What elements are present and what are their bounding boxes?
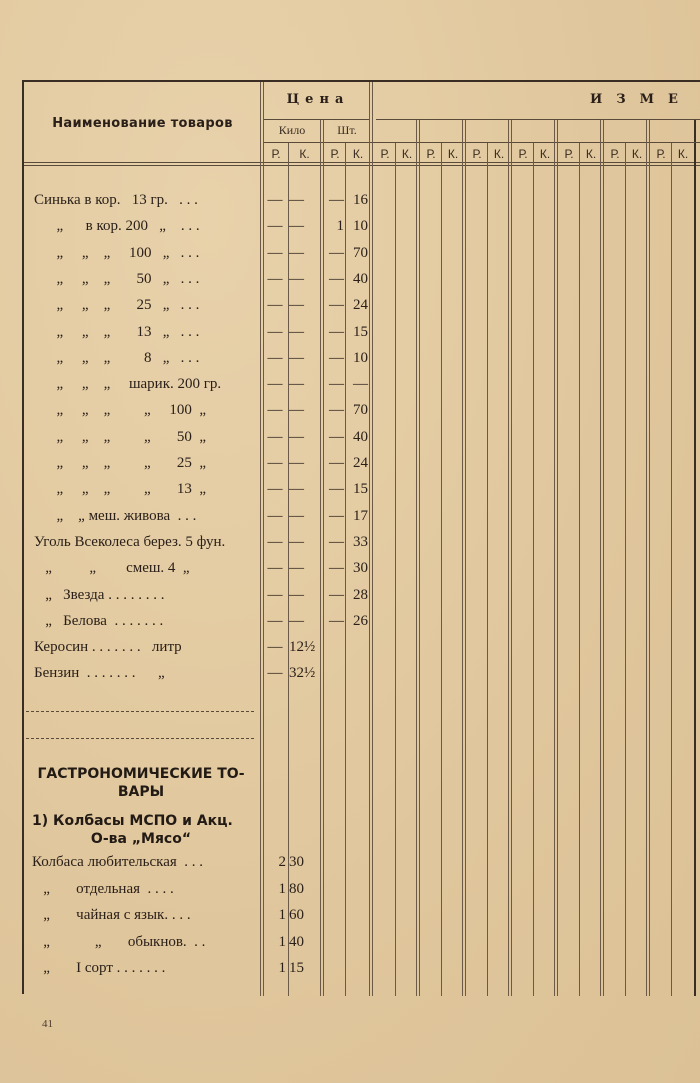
table-row: „ чайная с язык. . . .160 [0, 905, 700, 931]
sht-kopek: 24 [346, 455, 368, 472]
table-row: „ „ „ 8 „ . . .———10 [0, 348, 700, 374]
kilo-kopek: — [289, 245, 321, 262]
sht-kopek-label: К. [346, 147, 370, 161]
table-row: „ Звезда . . . . . . . .———28 [0, 585, 700, 611]
kilo-ruble: — [264, 245, 286, 262]
item-name: „ I сорт . . . . . . . [32, 960, 165, 977]
kilo-kopek: — [289, 481, 321, 498]
column-header-sht: Шт. [324, 123, 370, 138]
table-row: „ I сорт . . . . . . .115 [0, 958, 700, 984]
item-name: „ Белова . . . . . . . [34, 613, 163, 630]
change4-kopek-label: К. [534, 147, 556, 161]
kilo-kopek: 60 [289, 907, 319, 924]
change3-ruble-label: Р. [466, 147, 488, 161]
kilo-kopek: 40 [289, 934, 319, 951]
subsection-title-line2: О-ва „Мясо“ [26, 830, 256, 848]
changes-label: ИЗМЕ [590, 92, 692, 107]
sht-ruble: — [324, 613, 344, 630]
kilo-kopek: 32½ [289, 665, 321, 682]
kilo-ruble: 1 [264, 934, 286, 951]
kilo-ruble: — [264, 560, 286, 577]
sht-kopek: 16 [346, 192, 368, 209]
kilo-kopek-label: К. [289, 147, 320, 161]
column-header-changes: ИЗМЕ [590, 92, 700, 107]
kilo-kopek: 12½ [289, 639, 321, 656]
kilo-ruble: — [264, 297, 286, 314]
table-row: „ „ „ 25 „ . . .———24 [0, 295, 700, 321]
item-name: „ „ „ „ 13 „ [34, 481, 206, 498]
table-row: „ „ „ „ 25 „———24 [0, 453, 700, 479]
change2-kopek-label: К. [442, 147, 464, 161]
sht-kopek: 40 [346, 271, 368, 288]
table-row: „ „ „ „ 13 „———15 [0, 479, 700, 505]
table-row: „ „ смеш. 4 „———30 [0, 558, 700, 584]
change5-kopek-label: К. [580, 147, 602, 161]
dotted-separator [26, 711, 254, 712]
sht-kopek: 15 [346, 481, 368, 498]
kilo-kopek: 15 [289, 960, 319, 977]
kilo-kopek: — [289, 192, 321, 209]
item-name: Керосин . . . . . . . литр [34, 639, 182, 656]
kilo-kopek: — [289, 508, 321, 525]
item-name: Уголь Всеколеса берез. 5 фун. [34, 534, 225, 551]
sht-ruble: — [324, 350, 344, 367]
kilo-kopek: — [289, 402, 321, 419]
kilo-ruble: — [264, 455, 286, 472]
column-header-name: Наименование товаров [30, 116, 255, 131]
sht-ruble: — [324, 271, 344, 288]
item-name: „ Звезда . . . . . . . . [34, 587, 164, 604]
kilo-ruble: — [264, 324, 286, 341]
item-name: „ „ „ „ 25 „ [34, 455, 206, 472]
table-row: „ „ „ „ 100 „———70 [0, 400, 700, 426]
kilo-ruble: — [264, 613, 286, 630]
change3-kopek-label: К. [488, 147, 510, 161]
kilo-kopek: — [289, 455, 321, 472]
kilo-ruble: — [264, 218, 286, 235]
sht-kopek: 17 [346, 508, 368, 525]
column-header-price: Цена [264, 92, 372, 107]
table-row: „ „ „ шарик. 200 гр.———— [0, 374, 700, 400]
item-name: Синька в кор. 13 гр. . . . [34, 192, 198, 209]
item-name: „ „ меш. живова . . . [34, 508, 196, 525]
rk-subheader-rule [264, 142, 700, 143]
item-name: „ „ „ шарик. 200 гр. [34, 376, 221, 393]
sht-kopek: 10 [346, 218, 368, 235]
sht-kopek: 26 [346, 613, 368, 630]
kilo-kopek: — [289, 613, 321, 630]
sht-ruble: — [324, 192, 344, 209]
table-row: „ в кор. 200 „ . . .——110 [0, 216, 700, 242]
kilo-ruble: — [264, 429, 286, 446]
item-name: „ „ „ 13 „ . . . [34, 324, 199, 341]
table-row: „ „ „ 100 „ . . .———70 [0, 243, 700, 269]
table-row: „ Белова . . . . . . .———26 [0, 611, 700, 637]
section-title-line2: ВАРЫ [26, 783, 256, 801]
kilo-ruble: 1 [264, 960, 286, 977]
sht-ruble: — [324, 455, 344, 472]
kilo-ruble: — [264, 587, 286, 604]
table-row: Керосин . . . . . . . литр—12½ [0, 637, 700, 663]
kilo-ruble: — [264, 508, 286, 525]
column-header-kilo: Кило [264, 123, 320, 138]
item-name: „ в кор. 200 „ . . . [34, 218, 200, 235]
sht-kopek: 33 [346, 534, 368, 551]
item-name: „ „ „ 25 „ . . . [34, 297, 199, 314]
change1-ruble-label: Р. [374, 147, 396, 161]
table-row: Синька в кор. 13 гр. . . .———16 [0, 190, 700, 216]
kilo-kopek: — [289, 376, 321, 393]
item-name: „ „ „ 100 „ . . . [34, 245, 199, 262]
kilo-kopek: — [289, 560, 321, 577]
item-name: „ „ обыкнов. . . [32, 934, 205, 951]
sht-kopek: 15 [346, 324, 368, 341]
change7-kopek-label: К. [672, 147, 694, 161]
kilo-ruble: — [264, 534, 286, 551]
table-top-border [22, 80, 700, 82]
table-row: „ „ обыкнов. . .140 [0, 932, 700, 958]
dotted-separator [26, 738, 254, 739]
item-name: „ „ смеш. 4 „ [34, 560, 190, 577]
sht-ruble: 1 [324, 218, 344, 235]
kilo-kopek: — [289, 218, 321, 235]
kilo-ruble: 1 [264, 881, 286, 898]
item-name: „ „ „ „ 50 „ [34, 429, 206, 446]
table-row: „ „ меш. живова . . .———17 [0, 506, 700, 532]
sht-ruble: — [324, 534, 344, 551]
kilo-ruble: — [264, 639, 286, 656]
kilo-kopek: — [289, 350, 321, 367]
sht-ruble: — [324, 560, 344, 577]
sht-kopek: 24 [346, 297, 368, 314]
kilo-kopek: — [289, 271, 321, 288]
page-number: 41 [42, 1018, 53, 1030]
sht-kopek: 30 [346, 560, 368, 577]
sht-ruble: — [324, 481, 344, 498]
item-name: „ „ „ 50 „ . . . [34, 271, 199, 288]
kilo-kopek: 30 [289, 854, 319, 871]
item-name: „ чайная с язык. . . . [32, 907, 191, 924]
kilo-ruble: — [264, 376, 286, 393]
price-label: Цена [287, 92, 350, 107]
change6-kopek-label: К. [626, 147, 648, 161]
sht-ruble: — [324, 587, 344, 604]
kilo-ruble: 1 [264, 907, 286, 924]
table-row: „ „ „ 50 „ . . .———40 [0, 269, 700, 295]
change7-ruble-label: Р. [650, 147, 672, 161]
sht-ruble: — [324, 297, 344, 314]
kilo-ruble: — [264, 402, 286, 419]
sht-kopek: 28 [346, 587, 368, 604]
kilo-kopek: — [289, 297, 321, 314]
changes-subheader-rule [376, 119, 700, 120]
table-row: Бензин . . . . . . . „—32½ [0, 663, 700, 689]
sht-ruble: — [324, 245, 344, 262]
kilo-ruble-label: Р. [264, 147, 288, 161]
sht-ruble: — [324, 429, 344, 446]
sht-kopek: 70 [346, 402, 368, 419]
kilo-kopek: — [289, 587, 321, 604]
kilo-kopek: — [289, 324, 321, 341]
table-row: „ „ „ 13 „ . . .———15 [0, 322, 700, 348]
price-subheader-rule [264, 119, 370, 120]
sht-ruble-label: Р. [324, 147, 346, 161]
sht-kopek: 40 [346, 429, 368, 446]
sht-kopek: 10 [346, 350, 368, 367]
item-name: „ „ „ „ 100 „ [34, 402, 206, 419]
change5-ruble-label: Р. [558, 147, 580, 161]
kilo-ruble: — [264, 665, 286, 682]
table-row: „ „ „ „ 50 „———40 [0, 427, 700, 453]
change4-ruble-label: Р. [512, 147, 534, 161]
kilo-ruble: — [264, 350, 286, 367]
item-name: „ „ „ 8 „ . . . [34, 350, 199, 367]
kilo-kopek: — [289, 534, 321, 551]
table-row: Уголь Всеколеса берез. 5 фун.———33 [0, 532, 700, 558]
table-row: „ отдельная . . . .180 [0, 879, 700, 905]
kilo-kopek: 80 [289, 881, 319, 898]
kilo-ruble: — [264, 481, 286, 498]
header-bottom-rule-2 [24, 165, 700, 166]
change1-kopek-label: К. [396, 147, 418, 161]
header-bottom-rule [24, 162, 700, 163]
kilo-ruble: 2 [264, 854, 286, 871]
kilo-ruble: — [264, 192, 286, 209]
change6-ruble-label: Р. [604, 147, 626, 161]
kilo-kopek: — [289, 429, 321, 446]
item-name: „ отдельная . . . . [32, 881, 174, 898]
sht-kopek: 70 [346, 245, 368, 262]
section-title-line1: ГАСТРОНОМИЧЕСКИЕ ТО- [26, 765, 256, 783]
sht-ruble: — [324, 376, 344, 393]
sht-kopek: — [346, 376, 368, 393]
sht-ruble: — [324, 508, 344, 525]
subsection-title: 1) Колбасы МСПО и Акц. О-ва „Мясо“ [26, 812, 256, 848]
subsection-title-line1: 1) Колбасы МСПО и Акц. [26, 812, 256, 830]
section-title: ГАСТРОНОМИЧЕСКИЕ ТО- ВАРЫ [26, 765, 256, 801]
item-name: Колбаса любительская . . . [32, 854, 203, 871]
item-name: Бензин . . . . . . . „ [34, 665, 165, 682]
sht-ruble: — [324, 402, 344, 419]
kilo-ruble: — [264, 271, 286, 288]
table-row: Колбаса любительская . . .230 [0, 852, 700, 878]
change2-ruble-label: Р. [420, 147, 442, 161]
sht-ruble: — [324, 324, 344, 341]
